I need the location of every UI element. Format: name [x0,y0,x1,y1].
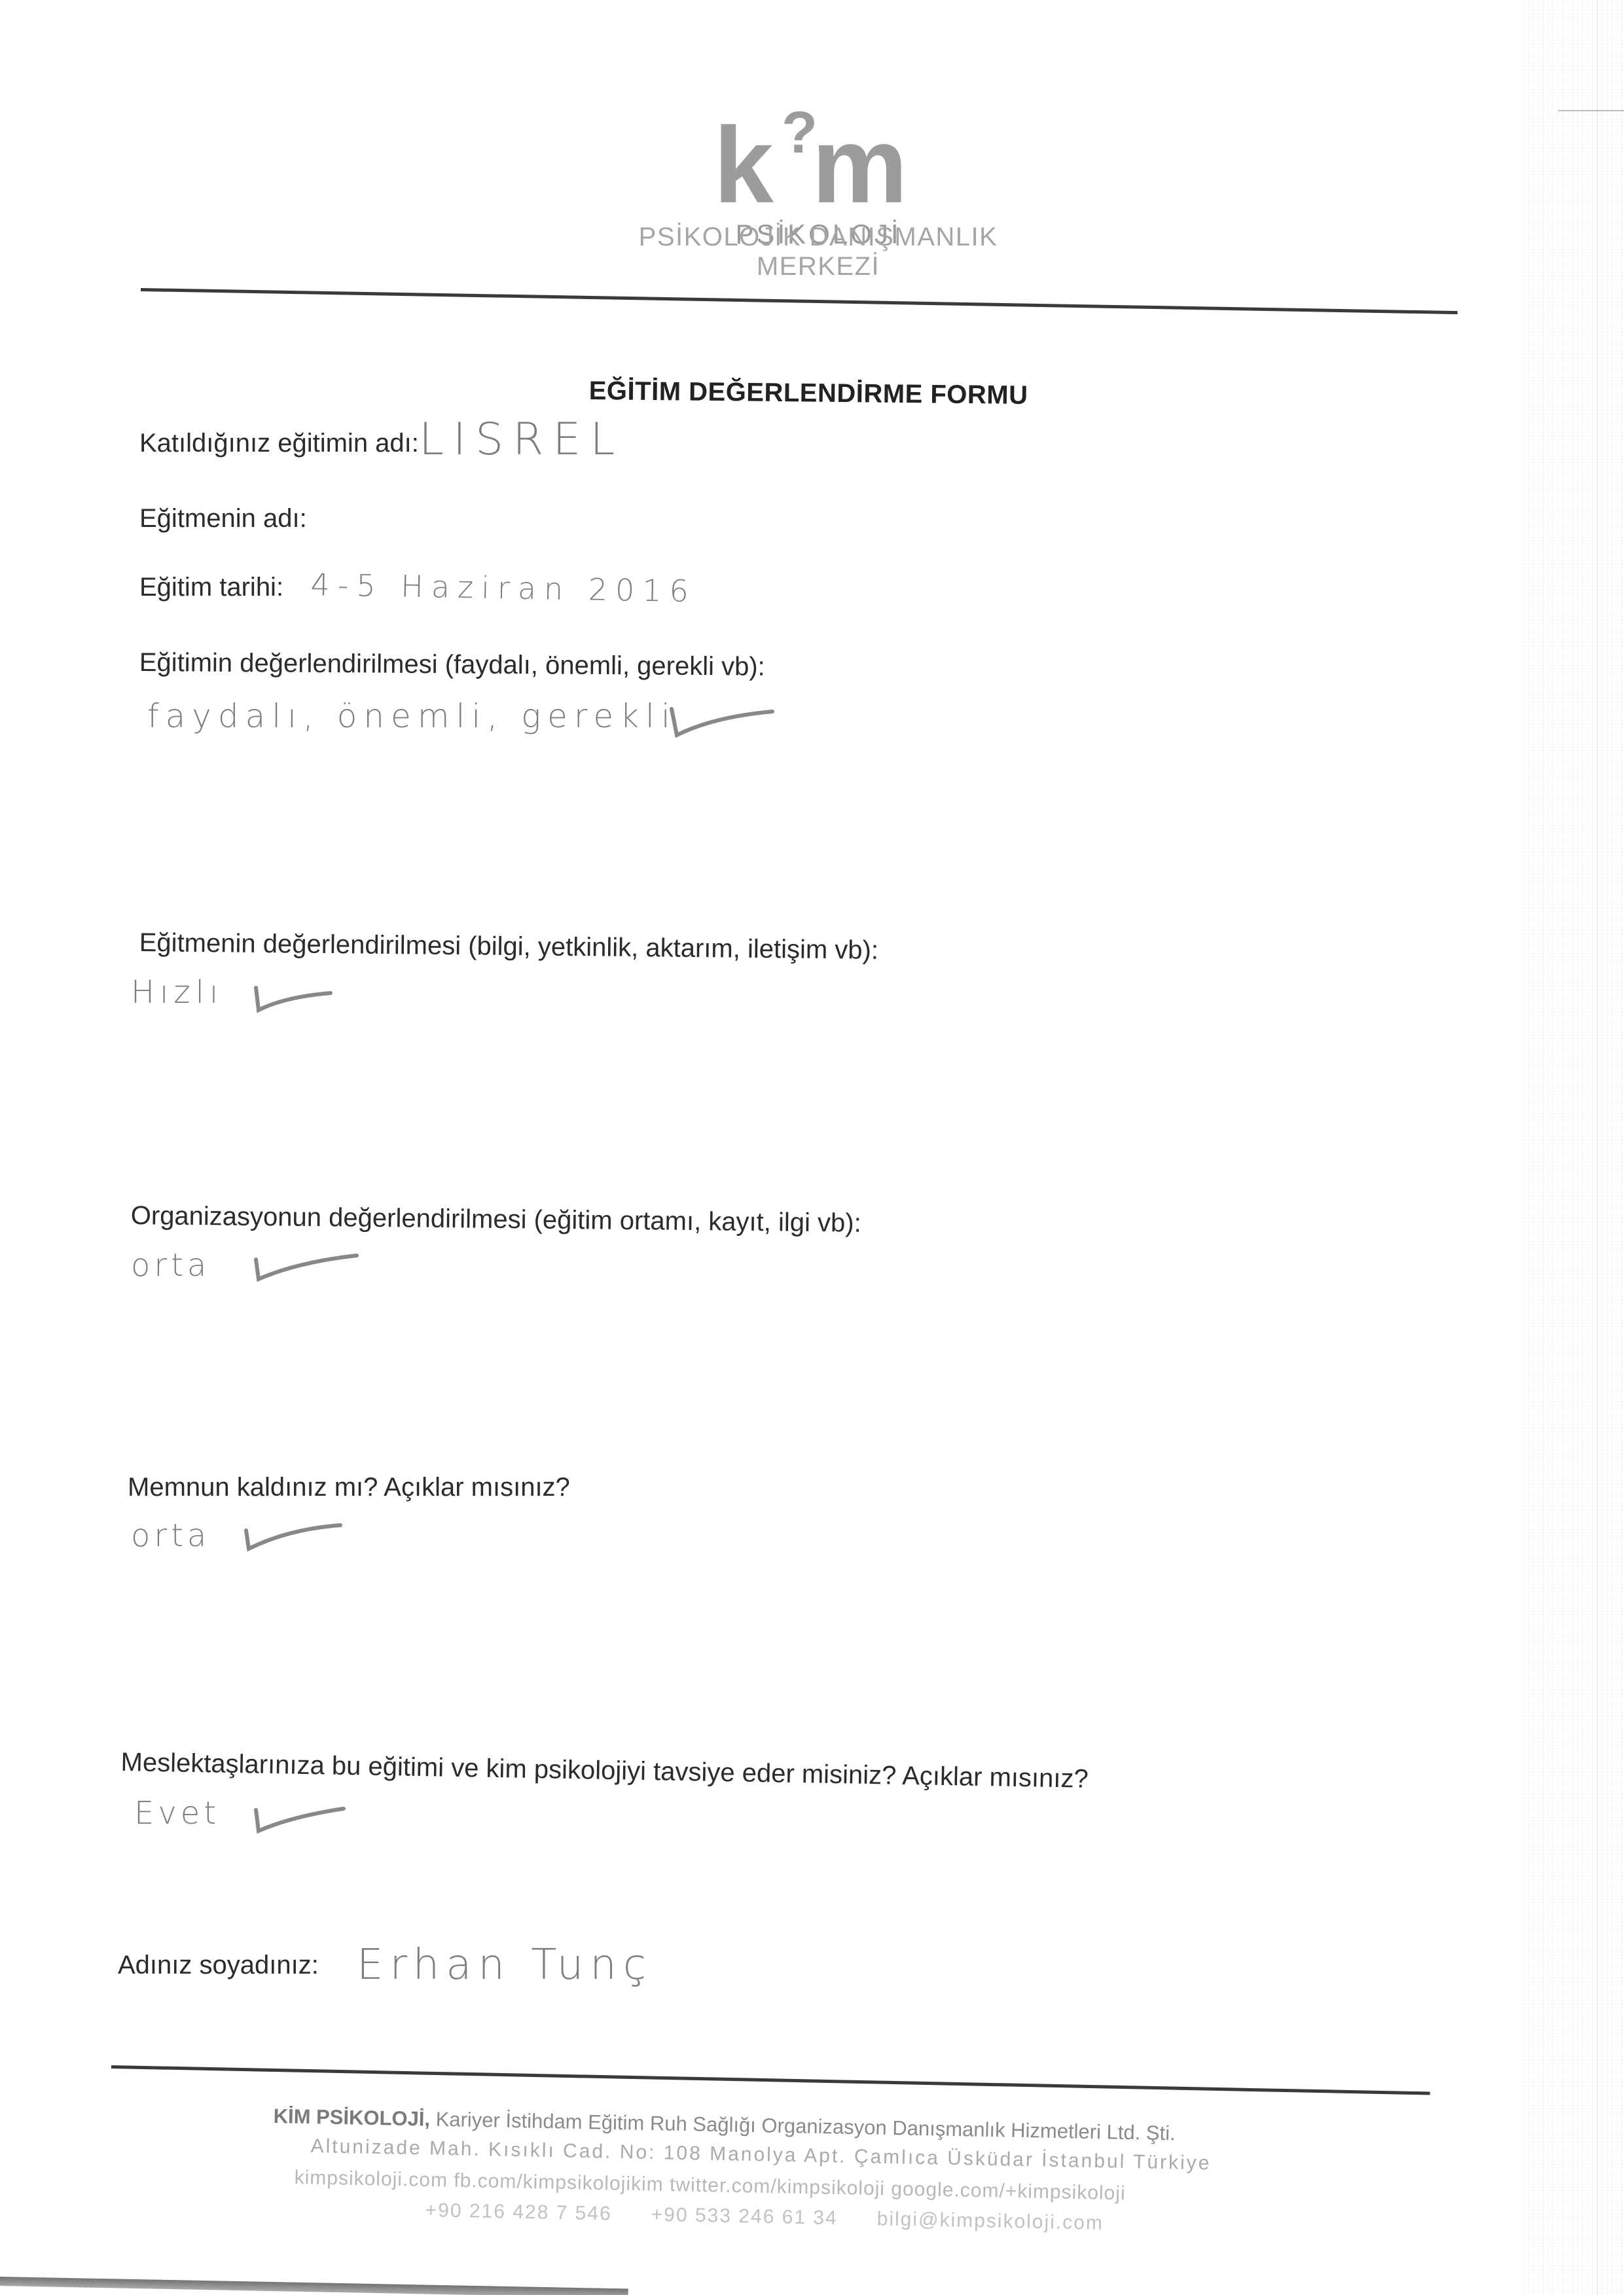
field-label-training-date: Eğitim tarihi: [139,573,283,602]
form-title: EĞİTİM DEĞERLENDİRME FORMU [589,376,1028,410]
field-label-instructor-name: Eğitmenin adı: [139,504,307,533]
answer-participant-name: Erhan Tunç [357,1941,653,1989]
logo-letter-m: m [812,111,908,219]
company-tagline: PSİKOLOJİK DANIŞMANLIK MERKEZİ [583,223,1054,281]
footer-company-name: KİM PSİKOLOJİ, [273,2105,430,2131]
field-label-instructor-evaluation: Eğitmenin değerlendirilmesi (bilgi, yetk… [139,928,879,966]
footer-phone-2: +90 533 246 61 34 [651,2204,838,2229]
scanner-noise-strip [1519,0,1624,2295]
scan-shadow [0,2277,628,2295]
footer-contact: +90 216 428 7 546+90 533 246 61 34bilgi@… [425,2199,1143,2235]
field-label-recommendation: Meslektaşlarınıza bu eğitimi ve kim psik… [120,1748,1089,1794]
checkmark-icon [252,1250,363,1286]
footer-divider [111,2065,1430,2095]
answer-training-evaluation: faydalı, önemli, gerekli [147,697,677,735]
answer-recommendation: Evet [134,1795,220,1832]
footer-phone-1: +90 216 428 7 546 [425,2199,612,2224]
header-divider [141,288,1458,314]
checkmark-icon [242,1519,347,1555]
scanner-mark [1558,110,1624,111]
answer-instructor-evaluation: Hızlı [131,974,223,1011]
field-label-training-evaluation: Eğitimin değerlendirilmesi (faydalı, öne… [139,648,765,682]
field-label-organization-evaluation: Organizasyonun değerlendirilmesi (eğitim… [131,1201,861,1238]
answer-satisfaction: orta [131,1517,210,1554]
field-label-satisfaction: Memnun kaldınız mı? Açıklar mısınız? [128,1473,570,1502]
answer-course-name: LISREL [419,414,624,465]
checkmark-icon [252,985,337,1018]
answer-organization-evaluation: orta [131,1247,210,1284]
footer-email: bilgi@kimpsikoloji.com [876,2208,1104,2234]
logo-mark: k ? m [700,105,936,216]
logo-letter-k: k [713,111,774,219]
field-label-participant-name: Adınız soyadınız: [118,1951,319,1980]
checkmark-icon [668,704,779,743]
footer-web-links: kimpsikoloji.com fb.com/kimpsikolojikim … [294,2167,1126,2205]
field-label-course-name: Katıldığınız eğitimin adı: [139,429,419,458]
checkmark-icon [252,1803,350,1836]
scanner-noise-line [1597,0,1598,2295]
answer-training-date: 4-5 Haziran 2016 [310,567,696,609]
